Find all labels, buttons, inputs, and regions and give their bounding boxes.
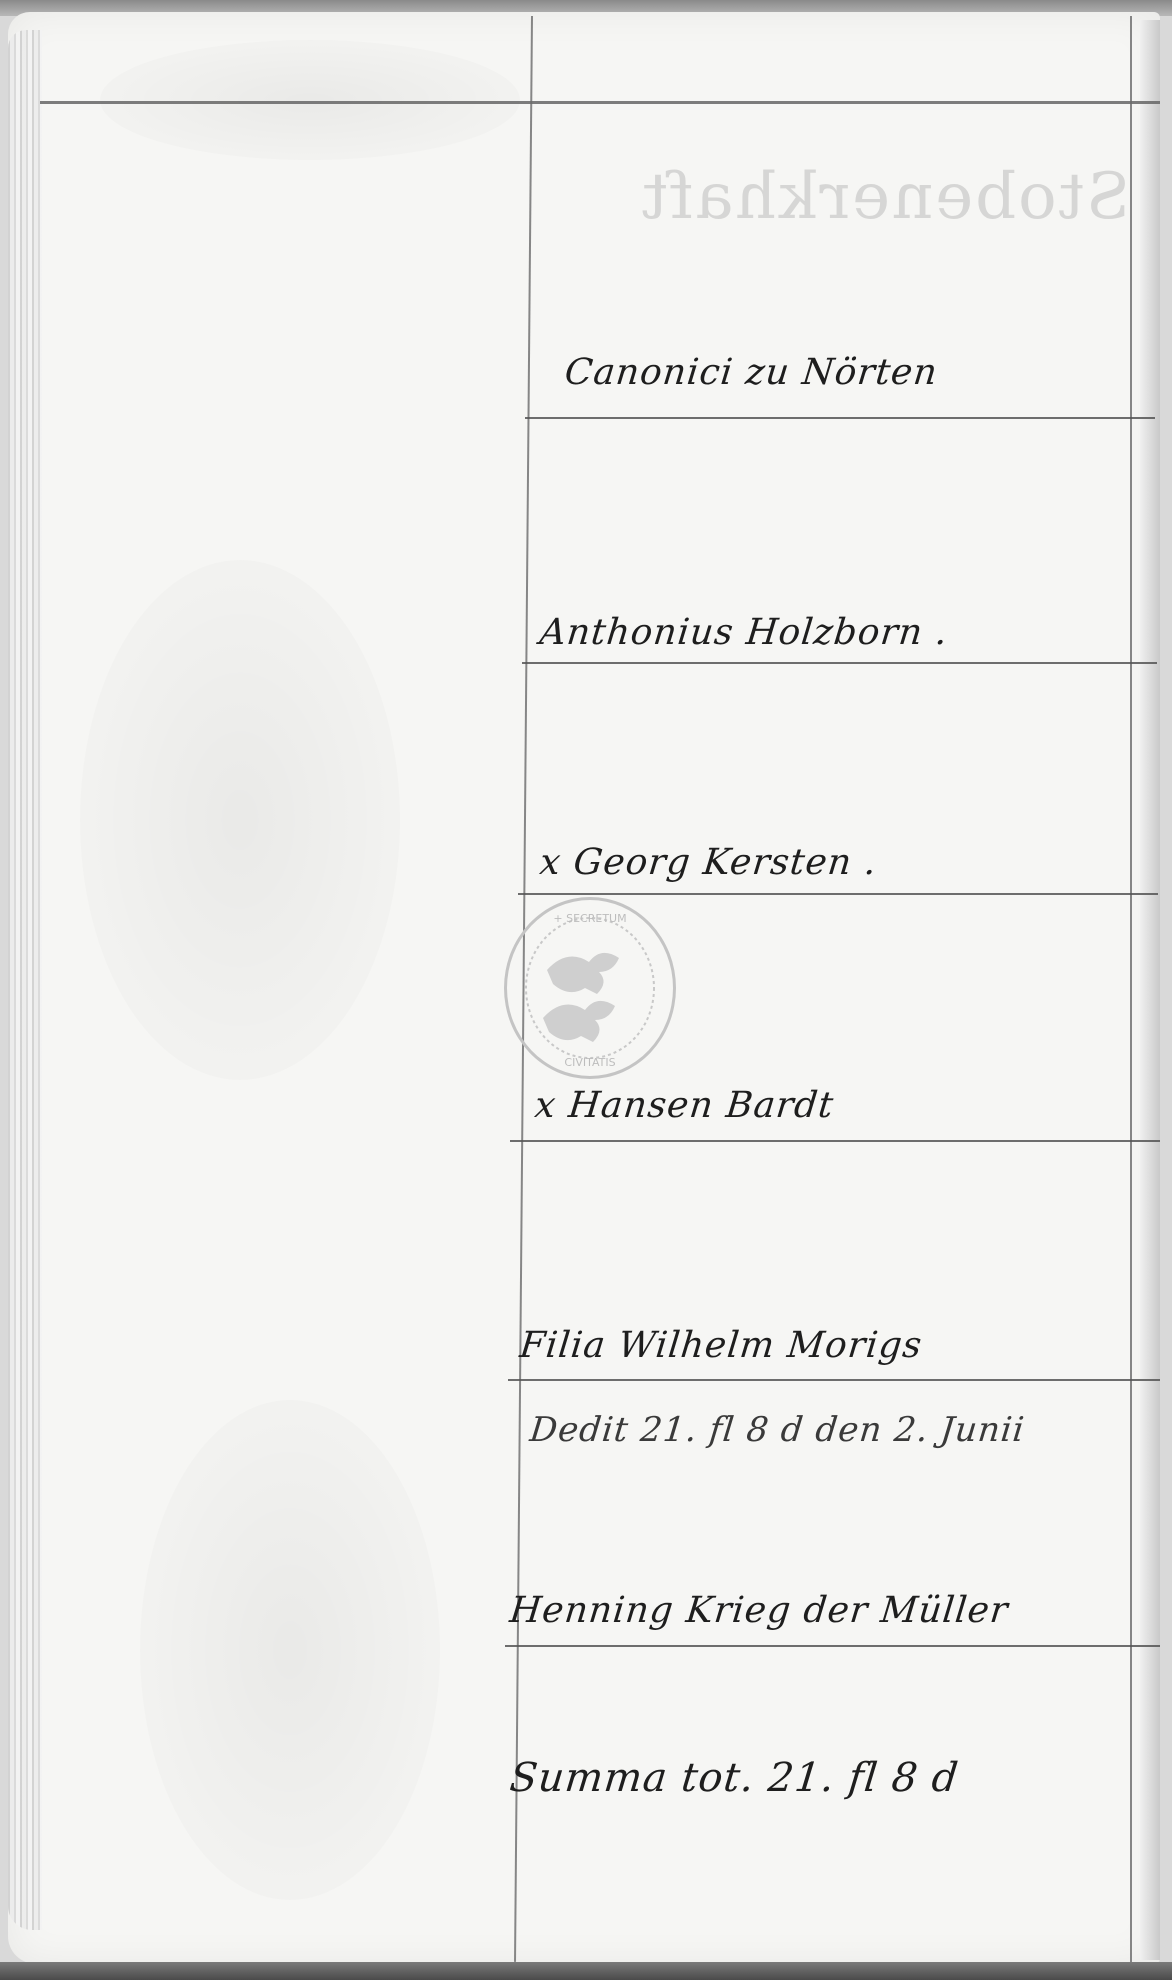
summa-total: Summa tot. 21. fl 8 d xyxy=(508,1755,961,1801)
entry-canonici: Canonici zu Nörten xyxy=(563,352,940,393)
paper-stain xyxy=(140,1400,440,1900)
entry-filia-wilhelm-morigs: Filia Wilhelm Morigs xyxy=(518,1325,924,1366)
page-gutter-right xyxy=(1140,20,1160,1960)
entry-rule xyxy=(508,1379,1160,1381)
book-leaf-edges xyxy=(8,30,42,1930)
lion-seal-icon: + SECRETUM CIVITATIS xyxy=(507,900,673,1076)
entry-rule xyxy=(510,1140,1160,1142)
entry-rule xyxy=(525,417,1155,419)
entry-payment-note: Dedit 21. fl 8 d den 2. Junii xyxy=(528,1410,1027,1450)
entry-hansen-bardt: x Hansen Bardt xyxy=(533,1085,836,1126)
entry-rule xyxy=(522,662,1157,664)
entry-anthonius-holzborn: Anthonius Holzborn . xyxy=(538,612,950,653)
header-rule xyxy=(40,101,1160,104)
bleedthrough-heading: Stobenerkhaft xyxy=(640,160,1130,234)
scan-bottom-edge xyxy=(0,1962,1172,1980)
svg-text:+ SECRETUM: + SECRETUM xyxy=(553,912,626,925)
paper-stain xyxy=(100,40,520,160)
svg-text:CIVITATIS: CIVITATIS xyxy=(564,1056,615,1069)
entry-rule xyxy=(505,1645,1160,1647)
entry-rule xyxy=(518,893,1158,895)
entry-henning-krieg: Henning Krieg der Müller xyxy=(508,1590,1011,1631)
city-seal-stamp: + SECRETUM CIVITATIS SECRETUM CIVITATIS … xyxy=(504,897,676,1079)
paper-stain xyxy=(80,560,400,1080)
right-margin-rule xyxy=(1130,16,1132,1962)
entry-georg-kersten: x Georg Kersten . xyxy=(538,842,879,883)
